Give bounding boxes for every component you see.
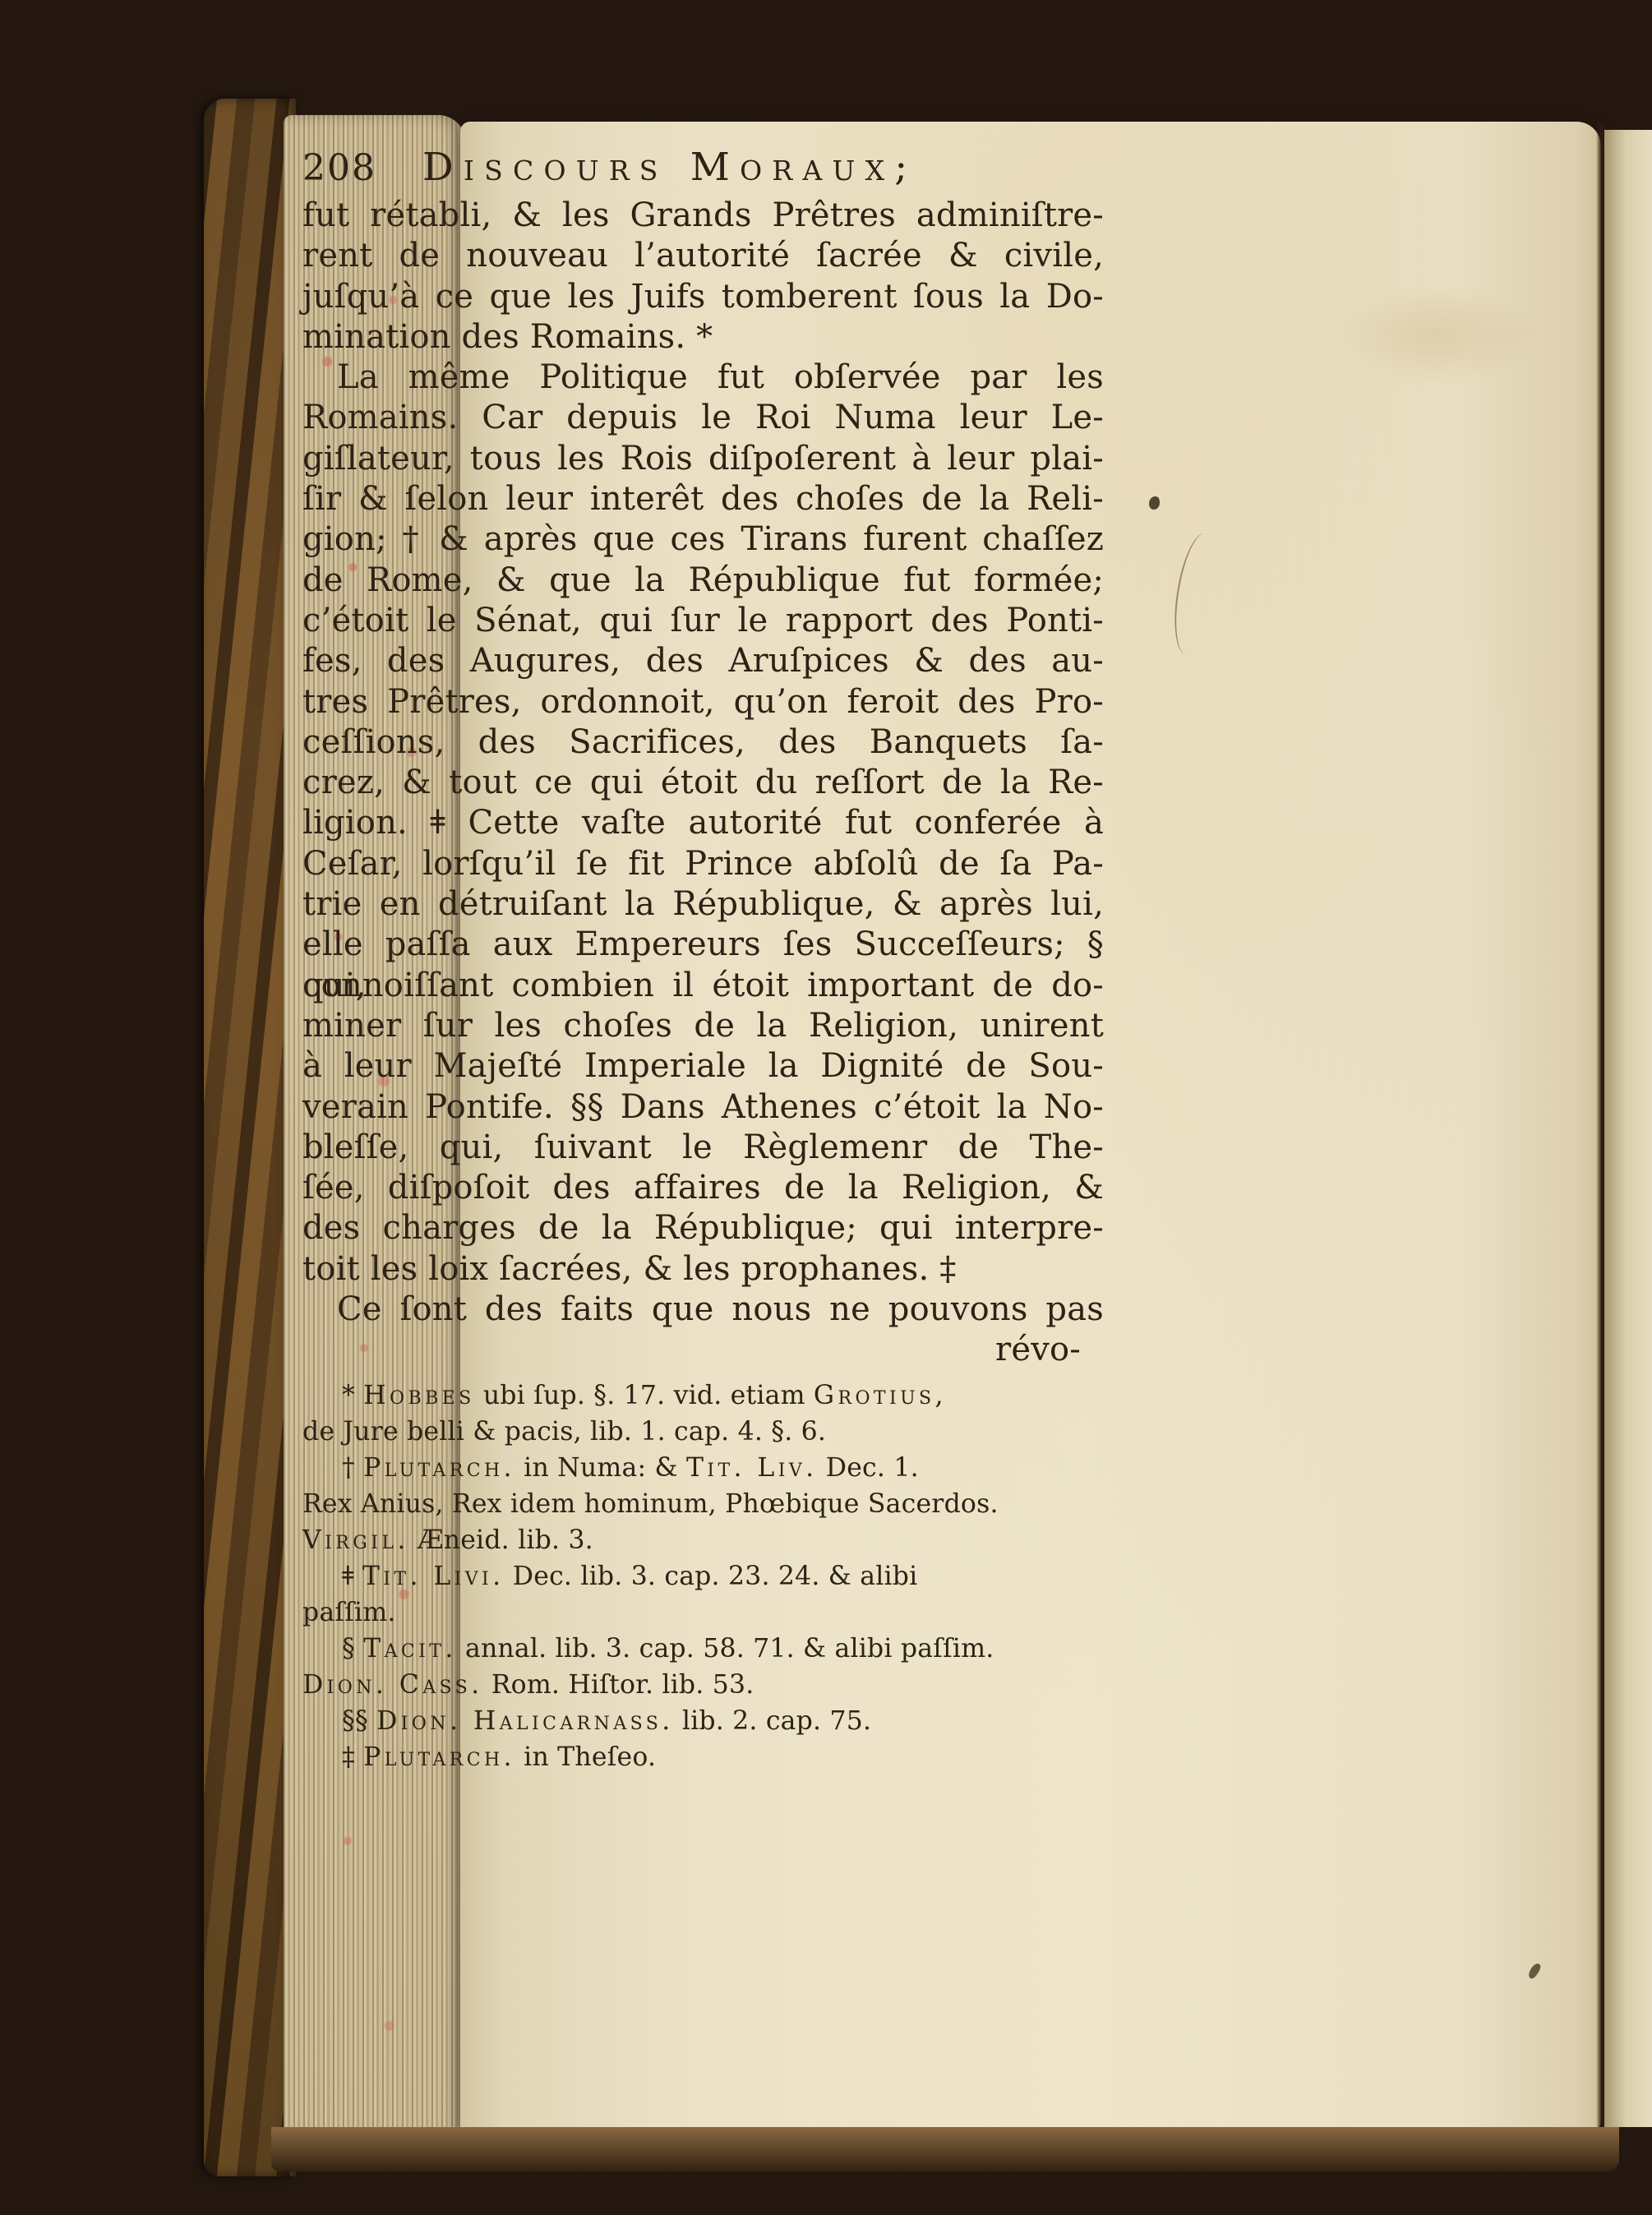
text-line: miner ſur les choſes de la Religion, uni… (302, 1006, 1104, 1046)
text-line: rent de nouveau l’autorité ſacrée & civi… (302, 236, 1104, 276)
footnote-line: ‡ Plutarch. in Theſeo. (302, 1739, 1104, 1775)
text-line: trie en détruiſant la République, & aprè… (302, 884, 1104, 925)
footnote-line: §§ Dion. Halicarnass. lib. 2. cap. 75. (302, 1703, 1104, 1739)
footnote-line: † Plutarch. in Numa: & Tit. Liv. Dec. 1. (302, 1450, 1104, 1486)
text-line: juſqu’à ce que les Juifs tomberent ſous … (302, 277, 1104, 317)
text-line: bleſſe, qui, ſuivant le Règlemenr de The… (302, 1128, 1104, 1168)
footnote-line: paſſim. (302, 1594, 1104, 1631)
footnote-text: paſſim. (302, 1598, 396, 1627)
body-text: fut rétabli, & les Grands Prêtres admini… (302, 196, 1104, 1371)
text-line: fes, des Augures, des Aruſpices & des au… (302, 641, 1104, 681)
footnote-text: ubi ſup. §. 17. vid. etiam (475, 1381, 814, 1410)
text-line: La même Politique fut obſervée par les (302, 358, 1104, 398)
footnotes: * Hobbes ubi ſup. §. 17. vid. etiam Grot… (302, 1377, 1104, 1775)
text-line: c’étoit le Sénat, qui ſur le rapport des… (302, 601, 1104, 641)
footnote-text: Rex Anius, Rex idem hominum, Phœbique Sa… (302, 1489, 999, 1519)
text-line: crez, & tout ce qui étoit du reſſort de … (302, 763, 1104, 803)
page-number: 208 (302, 147, 376, 189)
text-line: toit les loix ſacrées, & les prophanes. … (302, 1249, 1104, 1290)
footnote-text: Dec. 1. (818, 1453, 919, 1483)
running-header: 208 Discours Moraux; (302, 145, 1104, 190)
footnote-text: in Numa: & (515, 1453, 686, 1483)
cited-author: Tit. Livi. (362, 1562, 505, 1591)
footnote-text: in Theſeo. (515, 1742, 656, 1772)
text-line: elle paſſa aux Empereurs ſes Succeſſeurs… (302, 925, 1104, 965)
footnote-line: de Jure belli & pacis, lib. 1. cap. 4. §… (302, 1414, 1104, 1450)
footnote-line: Rex Anius, Rex idem hominum, Phœbique Sa… (302, 1486, 1104, 1522)
cited-author: Plutarch. (363, 1453, 515, 1483)
cited-author: Plutarch. (363, 1742, 515, 1772)
text-line: des charges de la République; qui interp… (302, 1208, 1104, 1248)
book-bottom-edge (271, 2127, 1619, 2171)
footnote-text: † (342, 1453, 363, 1483)
cited-author: Grotius (814, 1381, 935, 1410)
cited-author: Virgil. (302, 1525, 409, 1555)
text-line: révo- (302, 1330, 1104, 1370)
cited-author: Tit. Liv. (686, 1453, 818, 1483)
text-line: giſlateur, tous les Rois diſpoſerent à l… (302, 439, 1104, 479)
text-line: ceſſions, des Sacrifices, des Banquets ſ… (302, 722, 1104, 763)
cited-author: Dion. Halicarnass. (376, 1706, 674, 1736)
text-line: de Rome, & que la République fut formée; (302, 561, 1104, 601)
footnote-text: lib. 2. cap. 75. (674, 1706, 872, 1736)
text-line: verain Pontife. §§ Dans Athenes c’étoit … (302, 1087, 1104, 1128)
footnote-text: annal. lib. 3. cap. 58. 71. & alibi paſſ… (457, 1634, 994, 1664)
footnote-text: * (342, 1381, 363, 1410)
book-cover-edge (204, 99, 296, 2176)
cited-author: Tacit. (363, 1634, 457, 1664)
footnote-line: Dion. Cass. Rom. Hiſtor. lib. 53. (302, 1667, 1104, 1703)
footnote-line: Virgil. Æneid. lib. 3. (302, 1522, 1104, 1558)
footnote-text: ǂ (342, 1562, 362, 1591)
cited-author: Dion. Cass. (302, 1670, 483, 1700)
text-line: Ce ſont des faits que nous ne pouvons pa… (302, 1290, 1104, 1330)
text-line: ſée, diſpoſoit des affaires de la Religi… (302, 1168, 1104, 1208)
text-line: fut rétabli, & les Grands Prêtres admini… (302, 196, 1104, 236)
footnote-line: ǂ Tit. Livi. Dec. lib. 3. cap. 23. 24. &… (302, 1558, 1104, 1594)
text-line: tres Prêtres, ordonnoit, qu’on feroit de… (302, 682, 1104, 722)
text-line: ſir & ſelon leur interêt des choſes de l… (302, 479, 1104, 519)
footnote-text: ‡ (342, 1742, 363, 1772)
footnote-text: Æneid. lib. 3. (409, 1525, 593, 1555)
footnote-text: de Jure belli & pacis, lib. 1. cap. 4. §… (302, 1417, 826, 1447)
footnote-text: Dec. lib. 3. cap. 23. 24. & alibi (505, 1562, 918, 1591)
text-line: gion; † & après que ces Tirans furent ch… (302, 519, 1104, 560)
book-photo: 208 Discours Moraux; fut rétabli, & les … (0, 0, 1652, 2215)
footnote-text: Rom. Hiſtor. lib. 53. (483, 1670, 754, 1700)
header-title: Discours Moraux; (422, 145, 1104, 190)
footnote-text: § (342, 1634, 363, 1664)
text-line: à leur Majeſté Imperiale la Dignité de S… (302, 1046, 1104, 1087)
text-line: ligion. ǂ Cette vaſte autorité fut confe… (302, 803, 1104, 843)
cited-author: Hobbes (363, 1381, 474, 1410)
text-line: Ceſar, lorſqu’il ſe fit Prince abſolû de… (302, 844, 1104, 884)
footnote-line: § Tacit. annal. lib. 3. cap. 58. 71. & a… (302, 1631, 1104, 1667)
text-line: mination des Romains. * (302, 317, 1104, 358)
paper-stain (1331, 286, 1545, 385)
footnote-line: * Hobbes ubi ſup. §. 17. vid. etiam Grot… (302, 1377, 1104, 1414)
footnote-text: , (935, 1381, 944, 1410)
text-line: connoiſſant combien il étoit important d… (302, 966, 1104, 1006)
right-page-sliver (1604, 130, 1652, 2127)
footnote-text: §§ (342, 1706, 376, 1736)
text-line: Romains. Car depuis le Roi Numa leur Le- (302, 398, 1104, 438)
